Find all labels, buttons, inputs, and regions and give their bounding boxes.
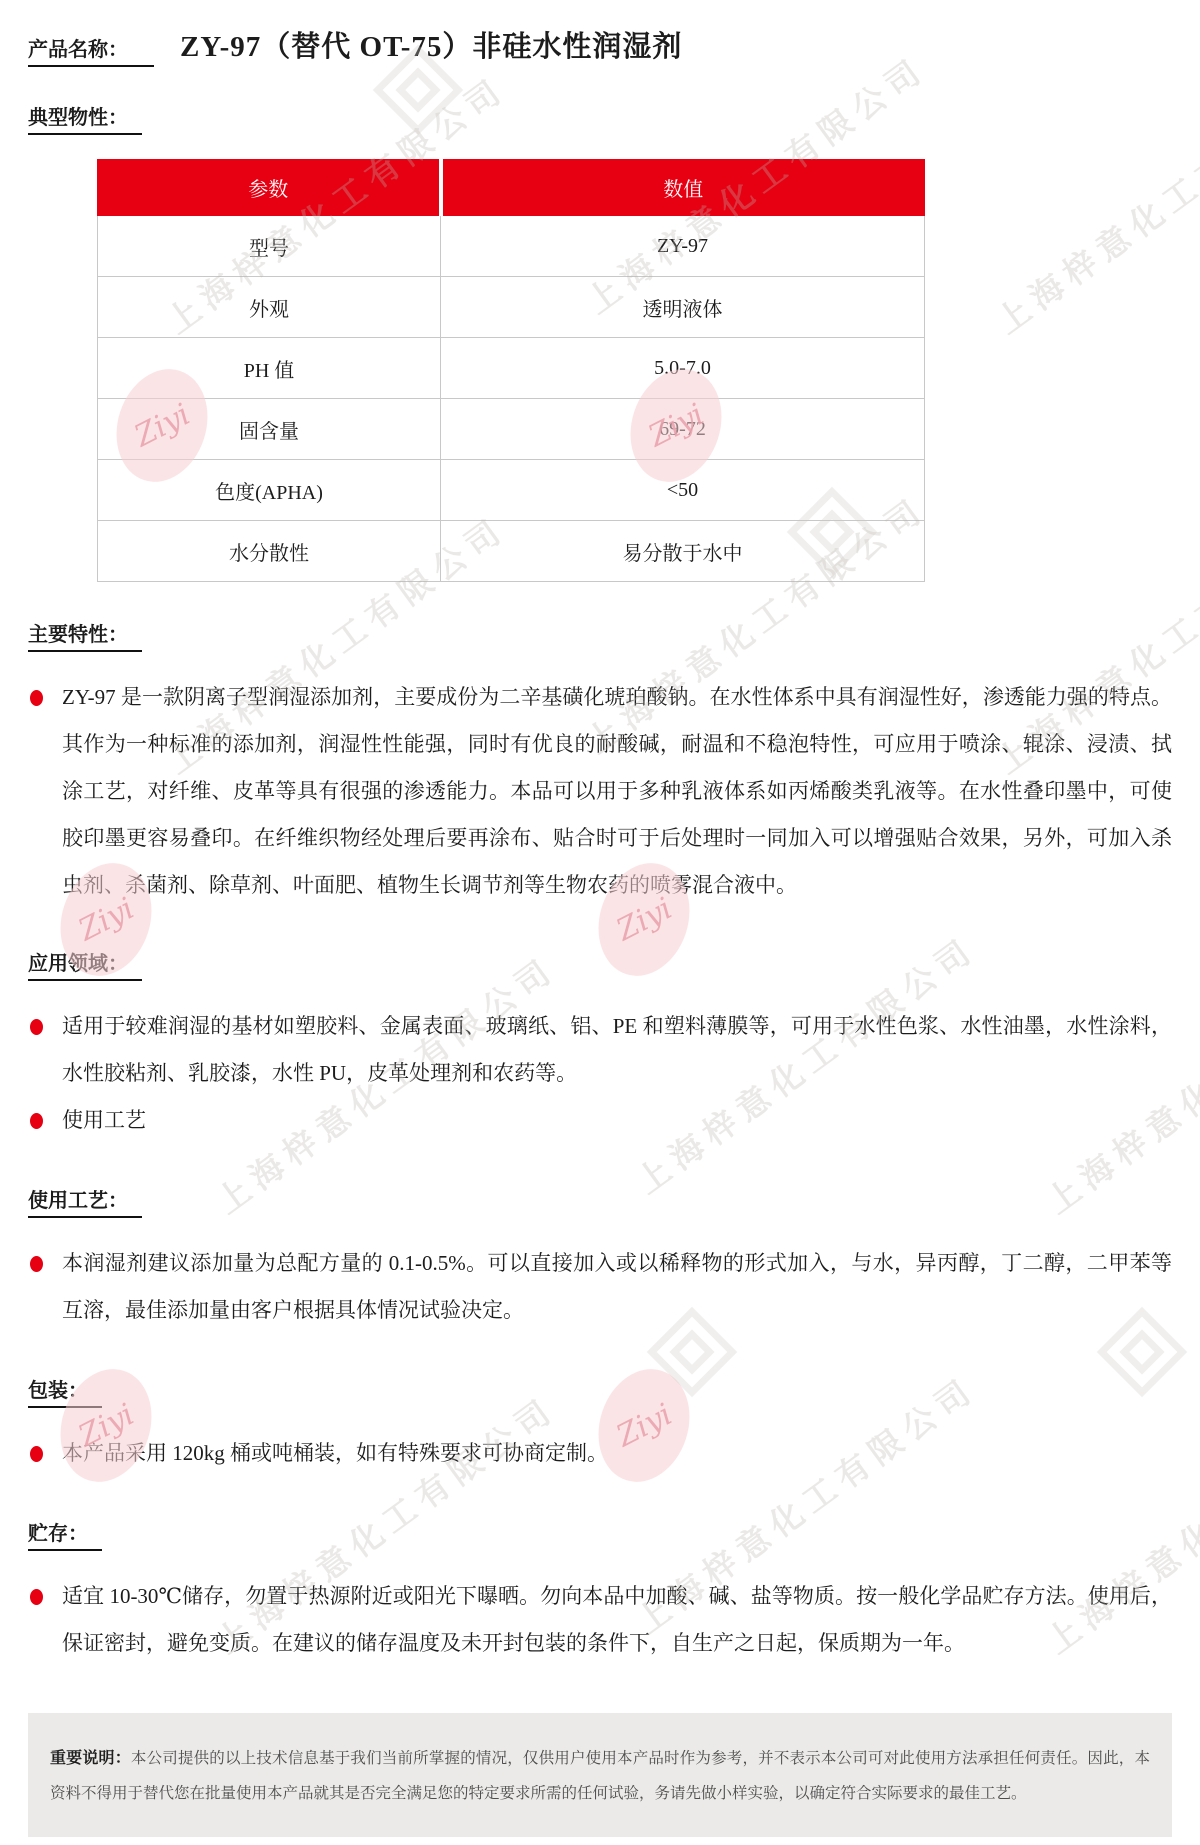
important-note: 重要说明：本公司提供的以上技术信息基于我们当前所掌握的情况，仅供用户使用本产品时…: [28, 1713, 1172, 1837]
cell-value: 透明液体: [441, 277, 925, 338]
bullet-icon: [30, 1256, 43, 1272]
section-usage-process: 使用工艺： 本润湿剂建议添加量为总配方量的 0.1-0.5%。可以直接加入或以稀…: [28, 1184, 1172, 1334]
cell-value: <50: [441, 460, 925, 521]
bullet-icon: [30, 1446, 43, 1462]
section-heading-storage: 贮存：: [28, 1517, 102, 1551]
list-item: 适宜 10-30℃储存，勿置于热源附近或阳光下曝晒。勿向本品中加酸、碱、盐等物质…: [28, 1573, 1172, 1667]
section-application-areas: 应用领域： 适用于较难润湿的基材如塑胶料、金属表面、玻璃纸、铝、PE 和塑料薄膜…: [28, 947, 1172, 1144]
table-header-row: 参数 数值: [98, 160, 925, 216]
section-storage: 贮存： 适宜 10-30℃储存，勿置于热源附近或阳光下曝晒。勿向本品中加酸、碱、…: [28, 1517, 1172, 1667]
properties-table: 参数 数值 型号 ZY-97 外观 透明液体 PH 值 5.0-7.0 固含量 …: [97, 159, 925, 582]
important-note-label: 重要说明：: [50, 1750, 131, 1767]
cell-value: ZY-97: [441, 216, 925, 277]
cell-parameter: 型号: [98, 216, 441, 277]
bullet-icon: [30, 690, 43, 706]
bullet-icon: [30, 1589, 43, 1605]
section-packaging: 包装： 本产品采用 120kg 桶或吨桶装，如有特殊要求可协商定制。: [28, 1374, 1172, 1477]
column-header-parameter: 参数: [98, 160, 441, 216]
cell-value: 69-72: [441, 399, 925, 460]
section-main-features: 主要特性： ZY-97 是一款阴离子型润湿添加剂，主要成份为二辛基磺化琥珀酸钠。…: [28, 618, 1172, 909]
table-row: 型号 ZY-97: [98, 216, 925, 277]
cell-parameter: 色度(APHA): [98, 460, 441, 521]
list-item: ZY-97 是一款阴离子型润湿添加剂，主要成份为二辛基磺化琥珀酸钠。在水性体系中…: [28, 674, 1172, 909]
section-heading-typical-properties: 典型物性：: [28, 101, 142, 135]
product-datasheet: 产品名称：ZY-97（替代 OT-75）非硅水性润湿剂 典型物性： 参数 数值 …: [0, 0, 1200, 1837]
bullet-icon: [30, 1019, 43, 1035]
list-item: 本产品采用 120kg 桶或吨桶装，如有特殊要求可协商定制。: [28, 1430, 1172, 1477]
list-item: 本润湿剂建议添加量为总配方量的 0.1-0.5%。可以直接加入或以稀释物的形式加…: [28, 1240, 1172, 1334]
page-title: ZY-97（替代 OT-75）非硅水性润湿剂: [180, 24, 682, 65]
table-row: PH 值 5.0-7.0: [98, 338, 925, 399]
cell-parameter: PH 值: [98, 338, 441, 399]
cell-parameter: 固含量: [98, 399, 441, 460]
table-row: 固含量 69-72: [98, 399, 925, 460]
bullet-icon: [30, 1113, 43, 1129]
list-item: 适用于较难润湿的基材如塑胶料、金属表面、玻璃纸、铝、PE 和塑料薄膜等，可用于水…: [28, 1003, 1172, 1097]
cell-value: 5.0-7.0: [441, 338, 925, 399]
table-row: 色度(APHA) <50: [98, 460, 925, 521]
cell-value: 易分散于水中: [441, 521, 925, 582]
column-header-value: 数值: [441, 160, 925, 216]
cell-parameter: 外观: [98, 277, 441, 338]
table-row: 外观 透明液体: [98, 277, 925, 338]
table-row: 水分散性 易分散于水中: [98, 521, 925, 582]
list-item: 使用工艺: [28, 1097, 1172, 1144]
cell-parameter: 水分散性: [98, 521, 441, 582]
section-heading-usage-process: 使用工艺：: [28, 1184, 142, 1218]
product-name-label: 产品名称：: [28, 33, 154, 67]
document-title-row: 产品名称：ZY-97（替代 OT-75）非硅水性润湿剂: [28, 24, 1172, 67]
section-heading-packaging: 包装：: [28, 1374, 102, 1408]
section-heading-application-areas: 应用领域：: [28, 947, 142, 981]
important-note-text: 本公司提供的以上技术信息基于我们当前所掌握的情况，仅供用户使用本产品时作为参考，…: [50, 1750, 1150, 1802]
section-heading-main-features: 主要特性：: [28, 618, 142, 652]
